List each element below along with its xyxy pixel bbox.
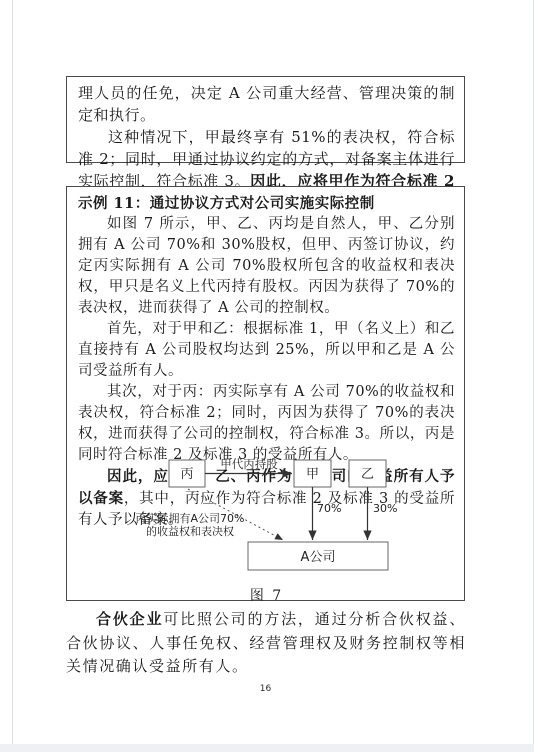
node-label-jia: 甲 <box>306 467 319 482</box>
continuation-text-box: 理人员的任免，决定 A 公司重大经营、管理决策的制定和执行。 这种情况下，甲最终… <box>66 76 465 163</box>
jia-share-label: 70% <box>317 502 341 515</box>
node-label-yi: 乙 <box>361 467 374 482</box>
example-paragraph-1: 如图 7 所示，甲、乙、丙均是自然人，甲、乙分别拥有 A 公司 70%和 30%… <box>78 214 455 319</box>
proxy-holding-label: 甲代丙持股 <box>220 457 278 471</box>
continuation-paragraph-1: 理人员的任免，决定 A 公司重大经营、管理决策的制定和执行。 <box>78 82 455 126</box>
actual-ownership-note-line2: 的收益权和表决权 <box>146 524 234 538</box>
partnership-paragraph: 合伙企业可比照公司的方法，通过分析合伙权益、合伙协议、人事任免权、经营管理权及财… <box>66 608 466 679</box>
document-page: 理人员的任免，决定 A 公司重大经营、管理决策的制定和执行。 这种情况下，甲最终… <box>12 0 534 744</box>
ownership-diagram: 丙 甲 乙 A公司 甲代丙持股 70% 30% <box>67 445 466 580</box>
example-title: 示例 11：通过协议方式对公司实施实际控制 <box>78 193 455 214</box>
page-number: 16 <box>66 684 465 694</box>
node-label-company-a: A公司 <box>301 550 336 565</box>
example-11-box: 示例 11：通过协议方式对公司实施实际控制 如图 7 所示，甲、乙、丙均是自然人… <box>66 186 465 601</box>
yi-share-label: 30% <box>373 502 397 515</box>
actual-ownership-note-line1: 丙实际拥有A公司70% <box>136 511 245 525</box>
example-paragraph-2: 首先，对于甲和乙：根据标准 1，甲（名义上）和乙直接持有 A 公司股权均达到 2… <box>78 319 455 382</box>
node-label-bing: 丙 <box>180 467 193 482</box>
figure-caption: 图 7 <box>67 585 466 605</box>
document-viewport: 理人员的任免，决定 A 公司重大经营、管理决策的制定和执行。 这种情况下，甲最终… <box>0 0 534 752</box>
outside-page-background <box>0 744 534 752</box>
body-text-bold: 合伙企业 <box>96 610 163 628</box>
figure-7-diagram: 丙 甲 乙 A公司 甲代丙持股 70% 30% <box>67 445 466 602</box>
body-text: 理人员的任免，决定 A 公司重大经营、管理决策的制定和执行。 <box>78 84 455 124</box>
